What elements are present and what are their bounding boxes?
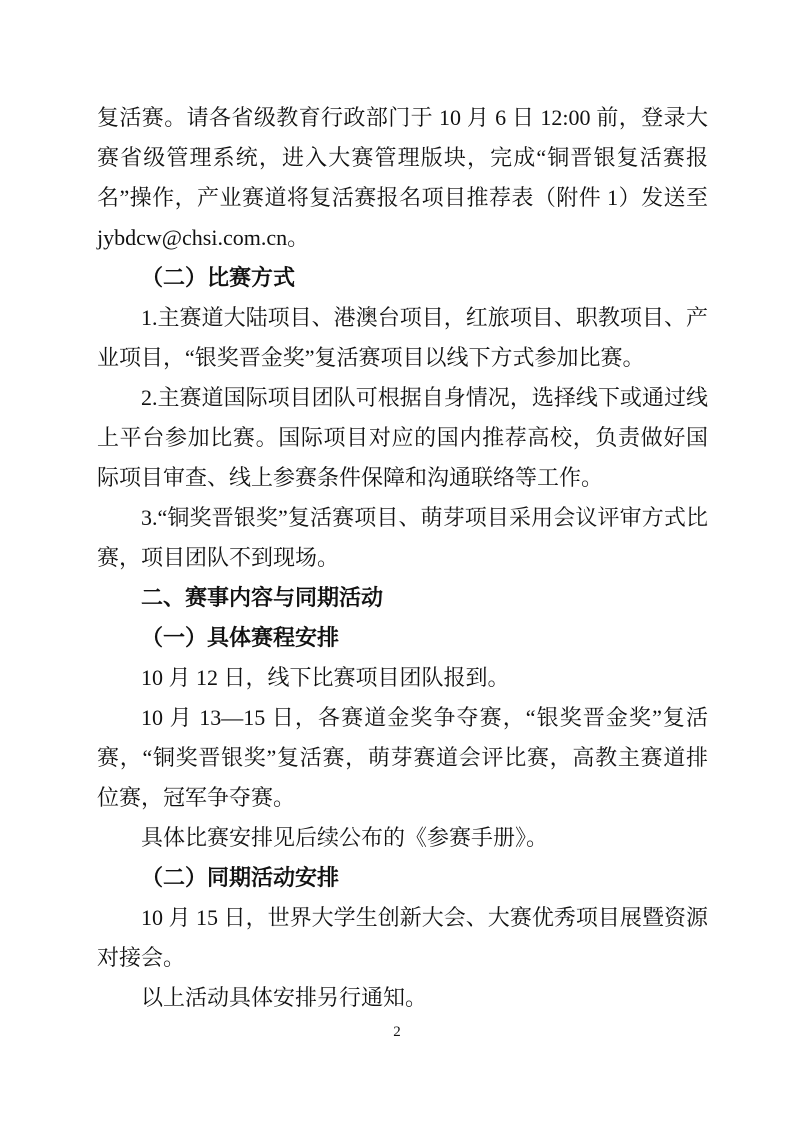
paragraph-revival-registration: 复活赛。请各省级教育行政部门于 10 月 6 日 12:00 前，登录大赛省级管… (97, 98, 708, 258)
paragraph-oct-15-innovation-conference: 10 月 15 日，世界大学生创新大会、大赛优秀项目展暨资源对接会。 (97, 898, 708, 978)
paragraph-offline-projects: 1.主赛道大陆项目、港澳台项目，红旅项目、职教项目、产业项目，“银奖晋金奖”复活… (97, 298, 708, 378)
document-body: 复活赛。请各省级教育行政部门于 10 月 6 日 12:00 前，登录大赛省级管… (97, 98, 708, 1018)
paragraph-oct-12-checkin: 10 月 12 日，线下比赛项目团队报到。 (97, 658, 708, 698)
page-number: 2 (0, 1022, 794, 1042)
paragraph-oct-13-15-finals: 10 月 13—15 日，各赛道金奖争夺赛，“银奖晋金奖”复活赛，“铜奖晋银奖”… (97, 698, 708, 818)
heading-concurrent-activities: （二）同期活动安排 (97, 858, 708, 898)
heading-competition-method: （二）比赛方式 (97, 258, 708, 298)
paragraph-bronze-to-silver-review: 3.“铜奖晋银奖”复活赛项目、萌芽项目采用会议评审方式比赛，项目团队不到现场。 (97, 498, 708, 578)
paragraph-further-notice: 以上活动具体安排另行通知。 (97, 978, 708, 1018)
heading-schedule-arrangement: （一）具体赛程安排 (97, 618, 708, 658)
document-page: 复活赛。请各省级教育行政部门于 10 月 6 日 12:00 前，登录大赛省级管… (0, 0, 794, 1123)
paragraph-participation-handbook: 具体比赛安排见后续公布的《参赛手册》。 (97, 818, 708, 858)
paragraph-international-teams: 2.主赛道国际项目团队可根据自身情况，选择线下或通过线上平台参加比赛。国际项目对… (97, 378, 708, 498)
heading-event-content-activities: 二、赛事内容与同期活动 (97, 578, 708, 618)
